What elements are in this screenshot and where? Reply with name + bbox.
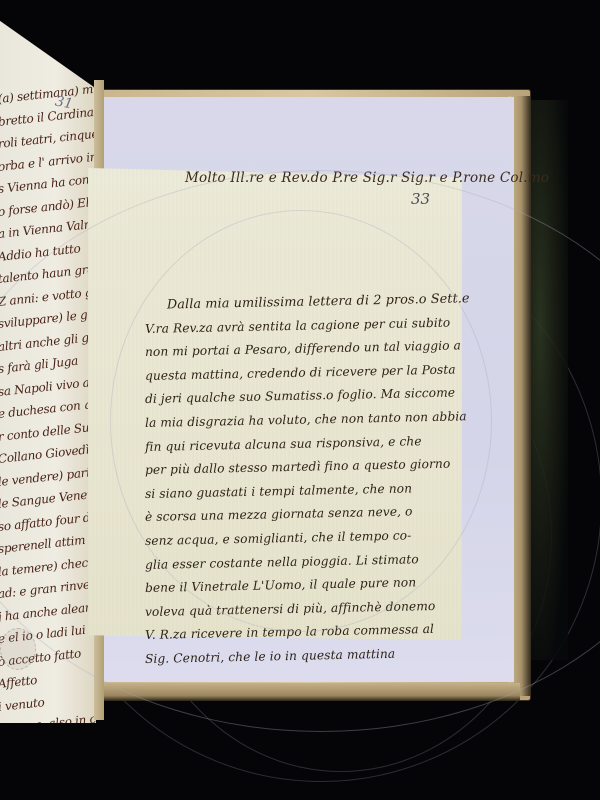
letter-salutation: Molto Ill.re e Rev.do P.re Sig.r Sig.r e…	[185, 170, 465, 186]
letter-body: Dalla mia umilissima lettera di 2 pros.o…	[145, 294, 470, 672]
faded-stamp	[0, 628, 36, 670]
left-folio-number: 31	[54, 94, 74, 113]
manuscript-photo: (a) settimana) mi con bretto il Cardinal…	[0, 0, 600, 800]
letter-folio-number: 33	[411, 190, 430, 208]
page-edge-bottom	[100, 683, 520, 701]
left-facing-page: (a) settimana) mi con bretto il Cardinal…	[0, 18, 96, 723]
